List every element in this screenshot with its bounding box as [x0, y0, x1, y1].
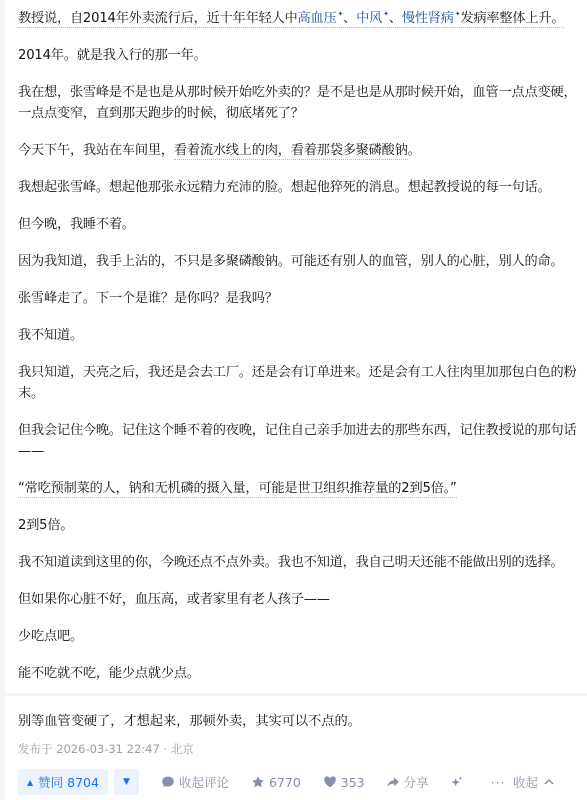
favorite-button[interactable]: 6770: [251, 775, 301, 790]
paragraph-7: 因为我知道，我手上沾的，不只是多聚磷酸钠。可能还有别人的血管，别人的心脏，别人的…: [18, 251, 578, 272]
share-arrow-icon: [386, 775, 400, 789]
answer-content: 教授说，自2014年外卖流行后，近十年年轻人中高血压✦、中风✦、慢性肾病✦发病率…: [18, 4, 578, 700]
paragraph-8: 张雪峰走了。下一个是谁？是你吗？是我吗？: [18, 288, 578, 309]
paragraph-9: 我不知道。: [18, 325, 578, 346]
paragraph-10: 我只知道，天亮之后，我还是会去工厂。还是会有订单进来。还是会有工人往肉里加那包白…: [18, 362, 578, 404]
more-options-button[interactable]: ···: [491, 775, 506, 790]
triangle-up-icon: ▲: [27, 778, 33, 787]
keyword-link-stroke[interactable]: 中风✦: [356, 11, 389, 26]
ai-sparkle-button[interactable]: [450, 775, 464, 789]
chevron-up-icon: [542, 775, 556, 789]
paragraph-15: 但如果你心脏不好，血压高，或者家里有老人孩子——: [18, 589, 578, 610]
paragraph-17: 能不吃就不吃，能少点就少点。: [18, 663, 578, 684]
paragraph-2: 2014年。就是我入行的那一年。: [18, 45, 578, 66]
paragraph-6: 但今晚，我睡不着。: [18, 214, 578, 235]
like-count: 353: [341, 775, 365, 790]
collapse-label: 收起: [513, 773, 538, 791]
paragraph-3: 我在想，张雪峰是不是也是从那时候开始吃外卖的？是不是也是从那时候开始，血管一点点…: [18, 82, 578, 124]
sparkle-icon: [450, 775, 464, 789]
paragraph-16: 少吃点吧。: [18, 626, 578, 647]
heart-icon: [323, 775, 337, 789]
dotted-highlight-3: “常吃预制菜的人，钠和无机磷的摄入量，可能是世卫组织推荐量的2到5倍。”: [18, 481, 457, 498]
favorite-count: 6770: [269, 775, 301, 790]
upvote-button[interactable]: ▲ 赞同 8704: [18, 769, 108, 795]
paragraph-13: 2到5倍。: [18, 515, 578, 536]
paragraph-1: 教授说，自2014年外卖流行后，近十年年轻人中高血压✦、中风✦、慢性肾病✦发病率…: [18, 4, 578, 29]
paragraph-12-quote: “常吃预制菜的人，钠和无机磷的摄入量，可能是世卫组织推荐量的2到5倍。”: [18, 478, 578, 499]
downvote-button[interactable]: ▼: [114, 769, 139, 795]
left-gutter: [0, 0, 5, 800]
paragraph-11: 但我会记住今晚。记住这个睡不着的夜晚，记住自己亲手加进去的那些东西，记住教授说的…: [18, 420, 578, 462]
paragraph-4: 今天下午，我站在车间里，看着流水线上的肉，看着那袋多聚磷酸钠。: [18, 140, 578, 161]
closing-paragraph: 别等血管变硬了，才想起来，那顿外卖，其实可以不点的。: [18, 711, 578, 732]
upvote-label: 赞同 8704: [38, 773, 99, 791]
collapse-comments-button[interactable]: 收起评论: [161, 773, 229, 791]
comment-label: 收起评论: [179, 773, 229, 791]
paragraph-5: 我想起张雪峰。想起他那张永远精力充沛的脸。想起他猝死的消息。想起教授说的每一句话…: [18, 177, 578, 198]
star-icon: [251, 775, 265, 789]
answer-card: 教授说，自2014年外卖流行后，近十年年轻人中高血压✦、中风✦、慢性肾病✦发病率…: [0, 0, 587, 800]
ellipsis-icon: ···: [491, 775, 506, 790]
paragraph-14: 我不知道读到这里的你，今晚还点不点外卖。我也不知道，我自己明天还能不能做出别的选…: [18, 552, 578, 573]
action-bar: ▲ 赞同 8704 ▼ 收起评论 6770 353: [18, 769, 578, 795]
share-button[interactable]: 分享: [386, 773, 429, 791]
collapse-answer-button[interactable]: 收起: [513, 773, 556, 791]
triangle-down-icon: ▼: [123, 777, 130, 787]
publish-info: 发布于 2026-03-31 22:47 · 北京: [18, 740, 194, 758]
dotted-highlight-1: 教授说，自2014年外卖流行后，近十年年轻人中高血压✦、中风✦、慢性肾病✦发病率…: [18, 11, 564, 28]
comment-bubble-icon: [161, 775, 175, 789]
keyword-link-kidney-disease[interactable]: 慢性肾病✦: [402, 11, 461, 26]
section-divider: [5, 693, 587, 696]
keyword-link-hypertension[interactable]: 高血压✦: [298, 11, 344, 26]
share-label: 分享: [404, 773, 429, 791]
dotted-highlight-2: 看着流水线上的肉，看着那袋多聚磷酸钠: [174, 143, 408, 160]
like-button[interactable]: 353: [323, 775, 365, 790]
